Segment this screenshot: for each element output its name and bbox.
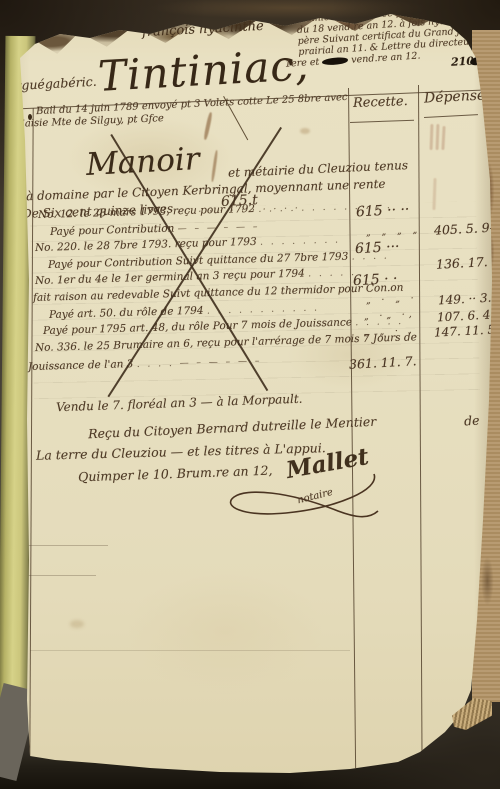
row-leader: . . . . . [308,268,357,279]
depense-amount: 405. 5. 9— [434,219,500,238]
bleedthrough-mark [436,124,440,150]
release-line5-pre: 1ere et [285,57,320,70]
column-header-recette: Recette. [353,94,408,111]
recette-amount: 615 · · [353,271,398,289]
bleedthrough-mark [430,124,434,150]
ink-streak-2 [211,150,218,182]
depense-amount: 107. 6. 4 [437,308,491,325]
recette-underline [350,120,414,123]
faint-line-3 [30,650,350,651]
receipt-line1: Reçu du Citoyen Bernard dutreille le Men… [88,414,377,442]
bleedthrough-mark [441,126,445,150]
manoir-word: Manoir [85,141,200,183]
page-title: Tintiniac, [97,40,311,101]
signature-flourish [224,470,384,526]
ink-smear [322,57,348,66]
photo-backdrop: erguégabéric. françois hyacinthe Tintini… [0,0,500,789]
foxing-spot [300,128,310,134]
receipt-line1-overflow: de [463,412,479,428]
name-superscript: françois hyacinthe [142,19,264,40]
depense-amount: 136. 17. 6. [436,253,500,272]
foxing-spot [70,620,84,628]
ink-streak-1 [203,112,213,140]
column-header-depense: Dépense [424,87,486,106]
bail-note-line1: Bail du 14 juin 1789 envoyé pt 3 Volets … [36,92,348,117]
depense-column-rule [418,85,423,761]
recette-amount: 615 ··· [355,239,400,257]
receipt-line2: La terre du Cleuziou — et les titres à L… [36,440,326,463]
depense-amount: 147. 11. 5 [434,322,496,339]
ledger-page: erguégabéric. françois hyacinthe Tintini… [0,0,500,789]
depense-amount: 149. ·· 3. [438,291,492,308]
recette-amount: 615 ·· ·· [356,202,410,221]
faint-line-2 [28,575,96,576]
faint-line-1 [28,545,108,546]
depense-underline [424,114,478,118]
manoir-line2: à domaine par le Citoyen Kerbringal, moy… [26,177,386,204]
